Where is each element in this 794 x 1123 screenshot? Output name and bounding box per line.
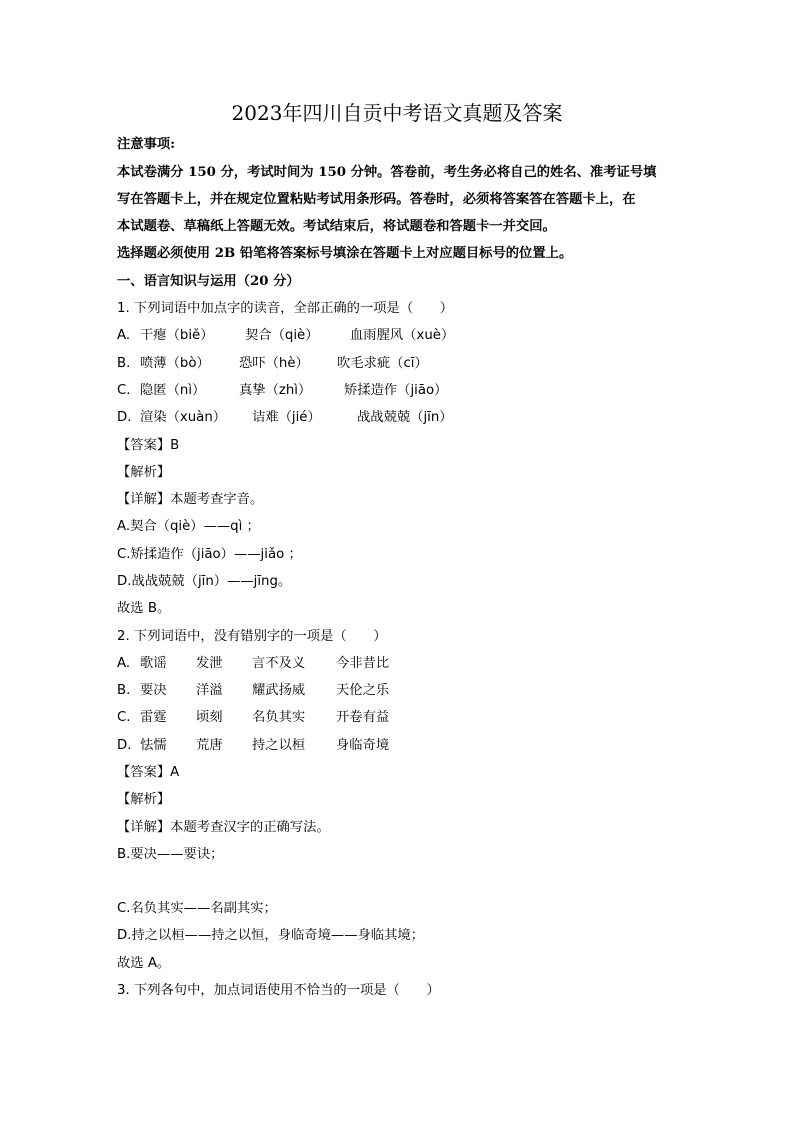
q1-conclusion: 故选 B。 bbox=[117, 600, 170, 618]
notice-line-2: 写在答题卡上，并在规定位置粘贴考试用条形码。答卷时，必须将答案答在答题卡上，在 bbox=[117, 191, 636, 209]
option-item: 荒唐 bbox=[196, 737, 223, 755]
option-item: 诘难（jié） bbox=[252, 409, 321, 427]
q3-stem: 3. 下列各句中，加点词语使用不恰当的一项是（ ） bbox=[117, 982, 440, 1000]
option-item: 吹毛求疵（cī） bbox=[337, 355, 428, 373]
q1-detail: 【详解】本题考查字音。 bbox=[117, 491, 263, 509]
option-label: A. bbox=[117, 327, 130, 345]
option-item: 真挚（zhì） bbox=[239, 382, 311, 400]
q2-analysis: 【解析】 bbox=[117, 791, 170, 809]
option-item: 顷刻 bbox=[196, 709, 223, 727]
q2-detail: 【详解】本题考查汉字的正确写法。 bbox=[117, 819, 330, 837]
option-item: 怯懦 bbox=[140, 737, 167, 755]
option-item: 矫揉造作（jiāo） bbox=[344, 382, 447, 400]
option-item: 渲染（xuàn） bbox=[140, 409, 226, 427]
notice-line-4: 选择题必须使用 2B 铅笔将答案标号填涂在答题卡上对应题目标号的位置上。 bbox=[117, 245, 572, 263]
option-item: 天伦之乐 bbox=[336, 682, 389, 700]
option-label: A. bbox=[117, 655, 130, 673]
option-item: 名负其实 bbox=[252, 709, 305, 727]
q2-stem: 2. 下列词语中，没有错别字的一项是（ ） bbox=[117, 628, 387, 646]
option-label: B. bbox=[117, 355, 130, 373]
notice-line-3: 本试题卷、草稿纸上答题无效。考试结束后，将试题卷和答题卡一并交回。 bbox=[117, 218, 556, 236]
option-item: 耀武扬威 bbox=[252, 682, 305, 700]
option-label: B. bbox=[117, 682, 130, 700]
q1-explanation-d: D.战战兢兢（jīn）——jīng。 bbox=[117, 573, 291, 591]
document-page: 2023年四川自贡中考语文真题及答案 注意事项: 本试卷满分 150 分，考试时… bbox=[0, 0, 794, 1123]
option-item: 喷薄（bò） bbox=[140, 355, 210, 373]
q2-answer: 【答案】A bbox=[117, 764, 179, 782]
option-item: 雷霆 bbox=[140, 709, 167, 727]
q1-analysis: 【解析】 bbox=[117, 464, 170, 482]
option-label: D. bbox=[117, 409, 131, 427]
option-item: 开卷有益 bbox=[336, 709, 389, 727]
option-item: 战战兢兢（jīn） bbox=[357, 409, 453, 427]
q2-conclusion: 故选 A。 bbox=[117, 955, 170, 973]
option-item: 恐吓（hè） bbox=[239, 355, 309, 373]
option-item: 干瘪（biě） bbox=[140, 327, 214, 345]
option-item: 隐匿（nì） bbox=[140, 382, 205, 400]
notice-line-1: 本试卷满分 150 分，考试时间为 150 分钟。答卷前，考生务必将自己的姓名、… bbox=[117, 164, 656, 182]
option-label: C. bbox=[117, 382, 131, 400]
section-heading: 一、语言知识与运用（20 分） bbox=[117, 273, 300, 291]
option-item: 契合（qiè） bbox=[245, 327, 319, 345]
option-item: 发泄 bbox=[196, 655, 223, 673]
q1-answer: 【答案】B bbox=[117, 437, 179, 455]
option-item: 持之以桓 bbox=[252, 737, 305, 755]
q1-stem: 1. 下列词语中加点字的读音，全部正确的一项是（ ） bbox=[117, 300, 453, 318]
option-item: 言不及义 bbox=[252, 655, 305, 673]
q1-explanation-a: A.契合（qiè）——qì ； bbox=[117, 518, 260, 536]
option-item: 洋溢 bbox=[196, 682, 223, 700]
q2-explanation-b: B.要决——要诀； bbox=[117, 846, 223, 864]
option-label: D. bbox=[117, 737, 131, 755]
notice-heading: 注意事项: bbox=[117, 136, 175, 154]
q2-explanation-c: C.名负其实——名副其实； bbox=[117, 900, 277, 918]
page-title: 2023年四川自贡中考语文真题及答案 bbox=[0, 97, 794, 126]
q2-explanation-d: D.持之以桓——持之以恒，身临奇境——身临其境； bbox=[117, 927, 424, 945]
option-item: 血雨腥风（xuè） bbox=[350, 327, 454, 345]
option-item: 今非昔比 bbox=[336, 655, 389, 673]
option-item: 要决 bbox=[140, 682, 167, 700]
option-label: C. bbox=[117, 709, 131, 727]
option-item: 歌谣 bbox=[140, 655, 167, 673]
q1-explanation-c: C.矫揉造作（jiāo）——jiǎo ； bbox=[117, 546, 302, 564]
option-item: 身临奇境 bbox=[336, 737, 389, 755]
